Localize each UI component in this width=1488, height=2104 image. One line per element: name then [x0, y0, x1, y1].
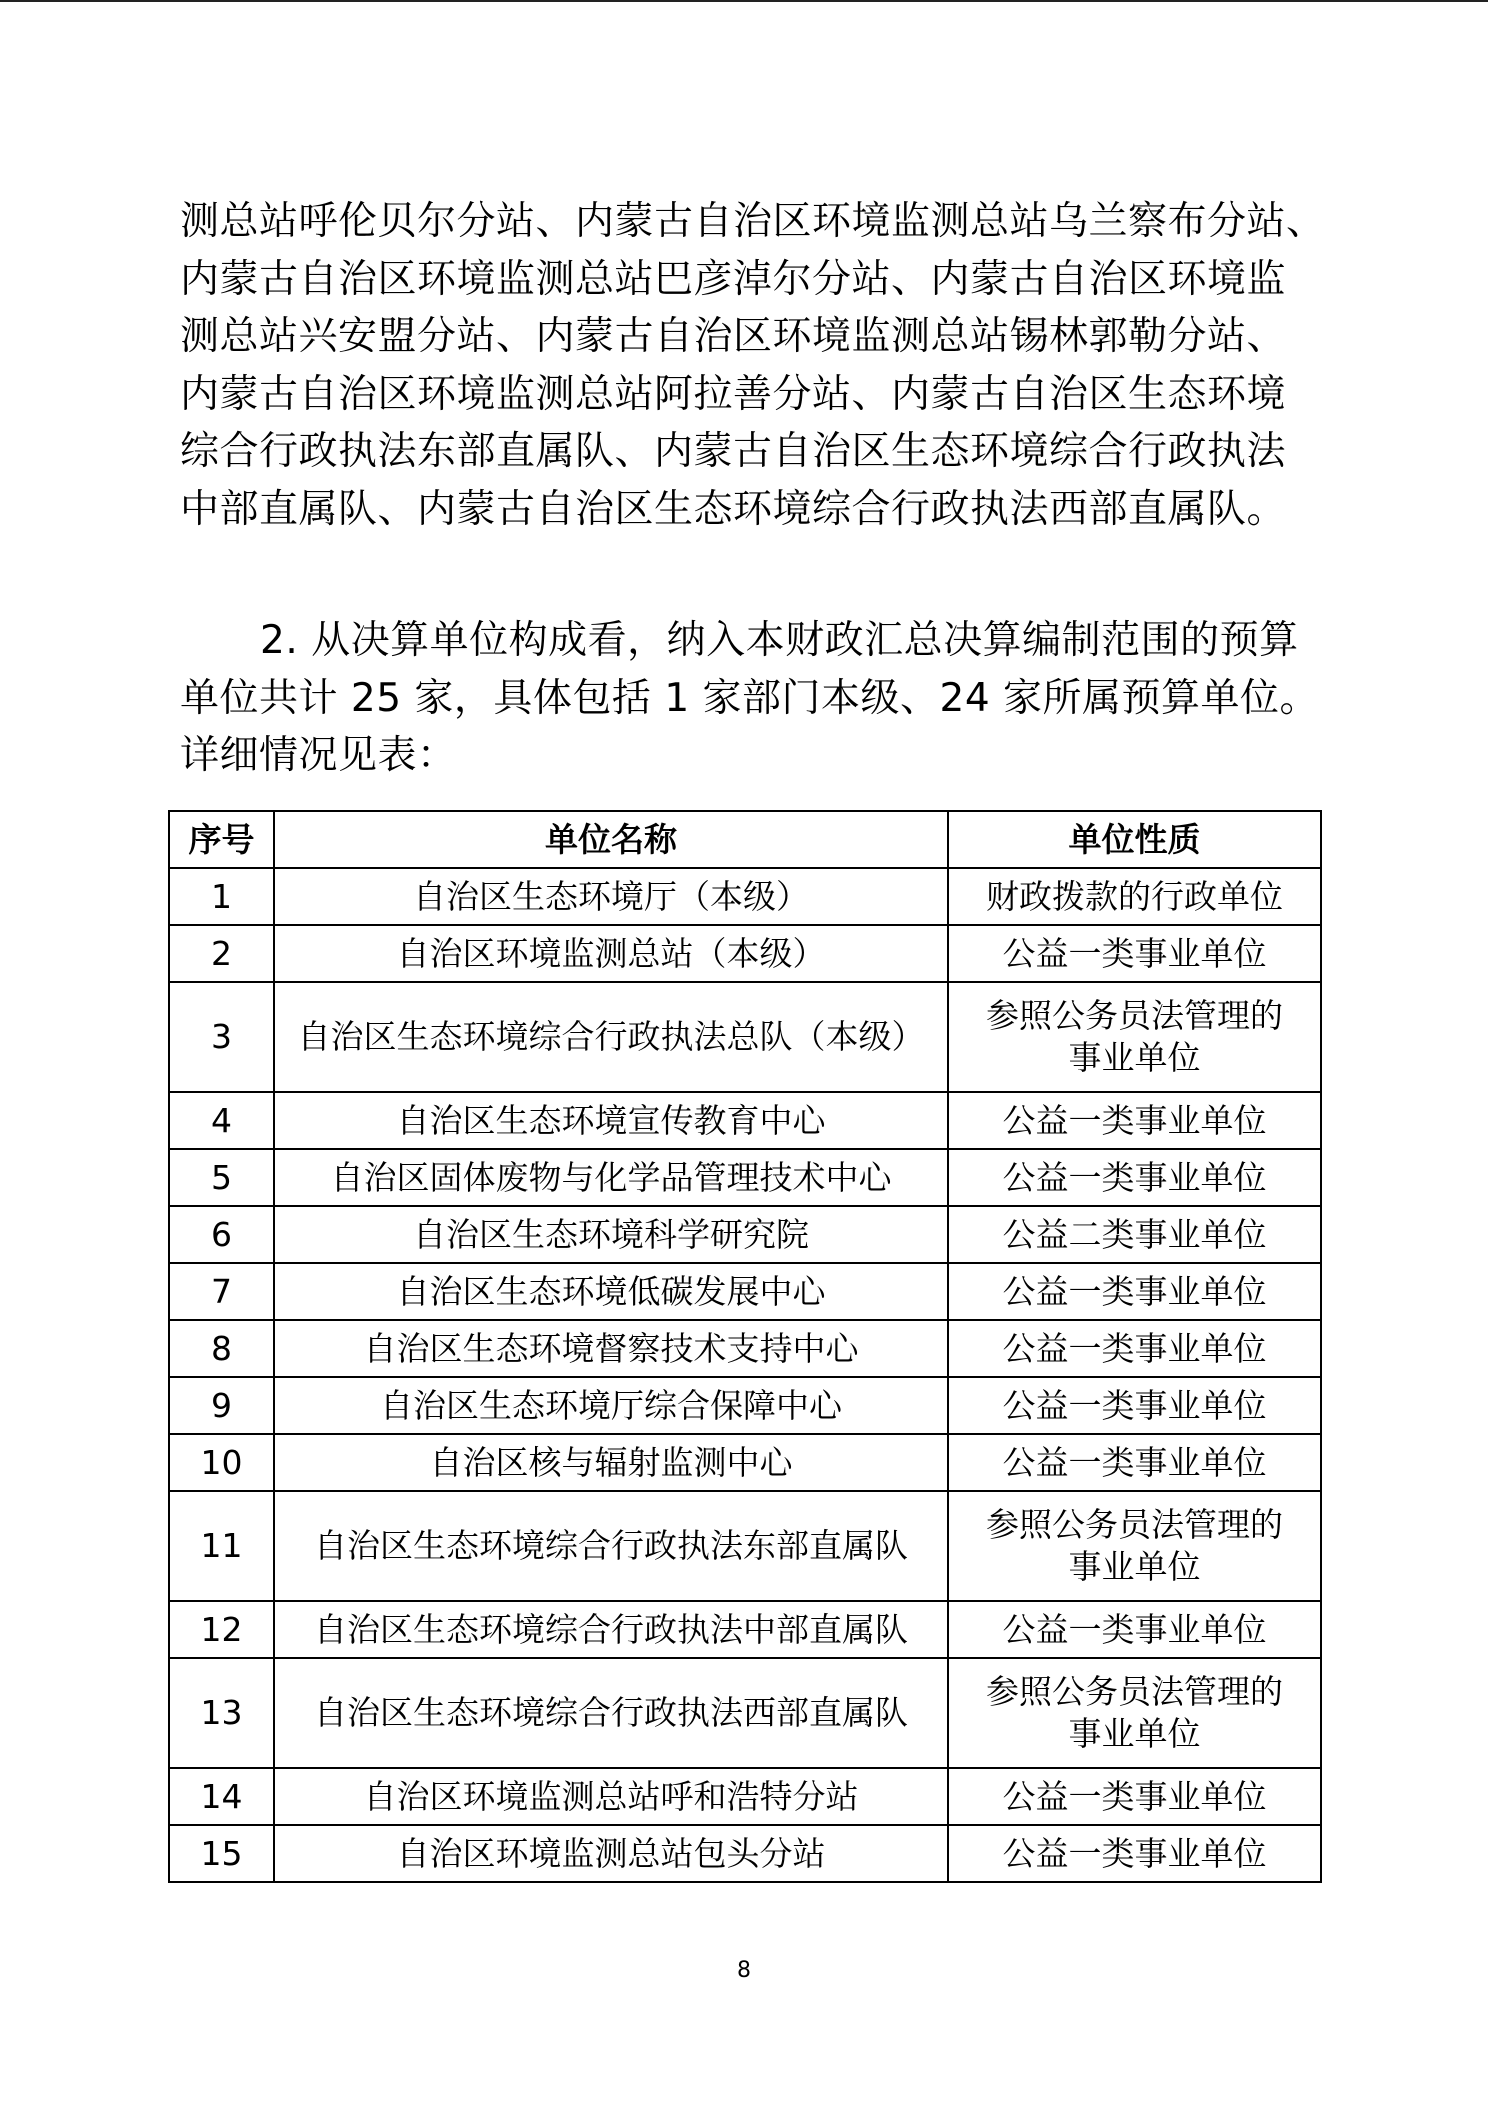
unit-type-line: 事业单位 — [955, 1546, 1314, 1588]
unit-type-line: 参照公务员法管理的 — [955, 1671, 1314, 1713]
paragraph-unit-list-continued: 测总站呼伦贝尔分站、内蒙古自治区环境监测总站乌兰察布分站、 内蒙古自治区环境监测… — [180, 193, 1310, 538]
cell-unit-type: 公益一类事业单位 — [948, 1149, 1321, 1206]
page-top-border — [0, 0, 1488, 2]
cell-serial-no: 2 — [169, 925, 274, 982]
header-serial-no: 序号 — [169, 811, 274, 868]
header-unit-type: 单位性质 — [948, 811, 1321, 868]
text-line: 综合行政执法东部直属队、内蒙古自治区生态环境综合行政执法 — [180, 423, 1310, 481]
cell-unit-name: 自治区环境监测总站呼和浩特分站 — [274, 1768, 948, 1825]
table-row: 14 自治区环境监测总站呼和浩特分站 公益一类事业单位 — [169, 1768, 1321, 1825]
text-line: 单位共计 25 家，具体包括 1 家部门本级、24 家所属预算单位。 — [180, 670, 1310, 728]
text-line: 测总站兴安盟分站、内蒙古自治区环境监测总站锡林郭勒分站、 — [180, 308, 1310, 366]
cell-unit-type: 财政拨款的行政单位 — [948, 868, 1321, 925]
table-row: 8 自治区生态环境督察技术支持中心 公益一类事业单位 — [169, 1320, 1321, 1377]
cell-unit-type: 公益二类事业单位 — [948, 1206, 1321, 1263]
cell-serial-no: 7 — [169, 1263, 274, 1320]
cell-serial-no: 15 — [169, 1825, 274, 1882]
cell-unit-type: 公益一类事业单位 — [948, 1320, 1321, 1377]
cell-unit-type: 公益一类事业单位 — [948, 1377, 1321, 1434]
page-number: 8 — [0, 1958, 1488, 1983]
table-row: 6 自治区生态环境科学研究院 公益二类事业单位 — [169, 1206, 1321, 1263]
table-row: 10 自治区核与辐射监测中心 公益一类事业单位 — [169, 1434, 1321, 1491]
cell-serial-no: 10 — [169, 1434, 274, 1491]
cell-unit-type: 公益一类事业单位 — [948, 1434, 1321, 1491]
table-row: 5 自治区固体废物与化学品管理技术中心 公益一类事业单位 — [169, 1149, 1321, 1206]
cell-unit-name: 自治区生态环境综合行政执法西部直属队 — [274, 1658, 948, 1768]
cell-unit-name: 自治区生态环境厅（本级） — [274, 868, 948, 925]
cell-unit-type: 公益一类事业单位 — [948, 925, 1321, 982]
table-row: 9 自治区生态环境厅综合保障中心 公益一类事业单位 — [169, 1377, 1321, 1434]
cell-unit-type: 参照公务员法管理的 事业单位 — [948, 1491, 1321, 1601]
header-unit-name: 单位名称 — [274, 811, 948, 868]
unit-type-line: 事业单位 — [955, 1713, 1314, 1755]
cell-serial-no: 1 — [169, 868, 274, 925]
cell-serial-no: 12 — [169, 1601, 274, 1658]
text-line: 内蒙古自治区环境监测总站阿拉善分站、内蒙古自治区生态环境 — [180, 366, 1310, 424]
cell-unit-type: 公益一类事业单位 — [948, 1601, 1321, 1658]
cell-unit-name: 自治区生态环境综合行政执法东部直属队 — [274, 1491, 948, 1601]
cell-unit-name: 自治区生态环境宣传教育中心 — [274, 1092, 948, 1149]
cell-unit-name: 自治区环境监测总站包头分站 — [274, 1825, 948, 1882]
table-row: 2 自治区环境监测总站（本级） 公益一类事业单位 — [169, 925, 1321, 982]
cell-serial-no: 5 — [169, 1149, 274, 1206]
cell-serial-no: 13 — [169, 1658, 274, 1768]
text-line: 内蒙古自治区环境监测总站巴彦淖尔分站、内蒙古自治区环境监 — [180, 251, 1310, 309]
table-header-row: 序号 单位名称 单位性质 — [169, 811, 1321, 868]
cell-unit-name: 自治区生态环境督察技术支持中心 — [274, 1320, 948, 1377]
paragraph-unit-composition: 2. 从决算单位构成看，纳入本财政汇总决算编制范围的预算 单位共计 25 家，具… — [180, 612, 1310, 785]
table-row: 12 自治区生态环境综合行政执法中部直属队 公益一类事业单位 — [169, 1601, 1321, 1658]
cell-unit-name: 自治区生态环境低碳发展中心 — [274, 1263, 948, 1320]
text-line: 2. 从决算单位构成看，纳入本财政汇总决算编制范围的预算 — [180, 612, 1310, 670]
text-line: 中部直属队、内蒙古自治区生态环境综合行政执法西部直属队。 — [180, 481, 1310, 539]
text-line: 测总站呼伦贝尔分站、内蒙古自治区环境监测总站乌兰察布分站、 — [180, 193, 1310, 251]
budget-units-table: 序号 单位名称 单位性质 1 自治区生态环境厅（本级） 财政拨款的行政单位 2 … — [168, 810, 1322, 1883]
cell-unit-type: 公益一类事业单位 — [948, 1263, 1321, 1320]
cell-unit-type: 公益一类事业单位 — [948, 1825, 1321, 1882]
cell-serial-no: 6 — [169, 1206, 274, 1263]
cell-unit-name: 自治区环境监测总站（本级） — [274, 925, 948, 982]
cell-unit-name: 自治区生态环境综合行政执法中部直属队 — [274, 1601, 948, 1658]
table-row: 13 自治区生态环境综合行政执法西部直属队 参照公务员法管理的 事业单位 — [169, 1658, 1321, 1768]
cell-serial-no: 8 — [169, 1320, 274, 1377]
cell-unit-name: 自治区固体废物与化学品管理技术中心 — [274, 1149, 948, 1206]
table-row: 15 自治区环境监测总站包头分站 公益一类事业单位 — [169, 1825, 1321, 1882]
cell-serial-no: 4 — [169, 1092, 274, 1149]
text-line: 详细情况见表： — [180, 727, 1310, 785]
cell-unit-type: 参照公务员法管理的 事业单位 — [948, 1658, 1321, 1768]
cell-unit-type: 公益一类事业单位 — [948, 1768, 1321, 1825]
table-row: 3 自治区生态环境综合行政执法总队（本级） 参照公务员法管理的 事业单位 — [169, 982, 1321, 1092]
cell-serial-no: 3 — [169, 982, 274, 1092]
cell-unit-type: 公益一类事业单位 — [948, 1092, 1321, 1149]
cell-unit-type: 参照公务员法管理的 事业单位 — [948, 982, 1321, 1092]
cell-unit-name: 自治区生态环境科学研究院 — [274, 1206, 948, 1263]
table-row: 4 自治区生态环境宣传教育中心 公益一类事业单位 — [169, 1092, 1321, 1149]
cell-unit-name: 自治区核与辐射监测中心 — [274, 1434, 948, 1491]
unit-type-line: 参照公务员法管理的 — [955, 1504, 1314, 1546]
table-row: 1 自治区生态环境厅（本级） 财政拨款的行政单位 — [169, 868, 1321, 925]
cell-unit-name: 自治区生态环境综合行政执法总队（本级） — [274, 982, 948, 1092]
cell-serial-no: 14 — [169, 1768, 274, 1825]
unit-type-line: 事业单位 — [955, 1037, 1314, 1079]
cell-serial-no: 11 — [169, 1491, 274, 1601]
table-row: 7 自治区生态环境低碳发展中心 公益一类事业单位 — [169, 1263, 1321, 1320]
cell-serial-no: 9 — [169, 1377, 274, 1434]
unit-type-line: 参照公务员法管理的 — [955, 995, 1314, 1037]
table-row: 11 自治区生态环境综合行政执法东部直属队 参照公务员法管理的 事业单位 — [169, 1491, 1321, 1601]
cell-unit-name: 自治区生态环境厅综合保障中心 — [274, 1377, 948, 1434]
